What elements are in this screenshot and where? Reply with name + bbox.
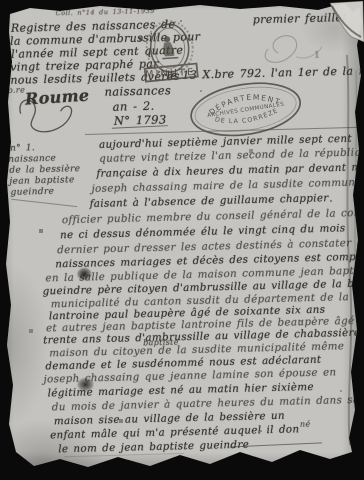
torn-corner: [0, 0, 364, 480]
scanned-register-page: Coll. n°14 du 13-11-1939 5. Registre des…: [0, 0, 364, 480]
